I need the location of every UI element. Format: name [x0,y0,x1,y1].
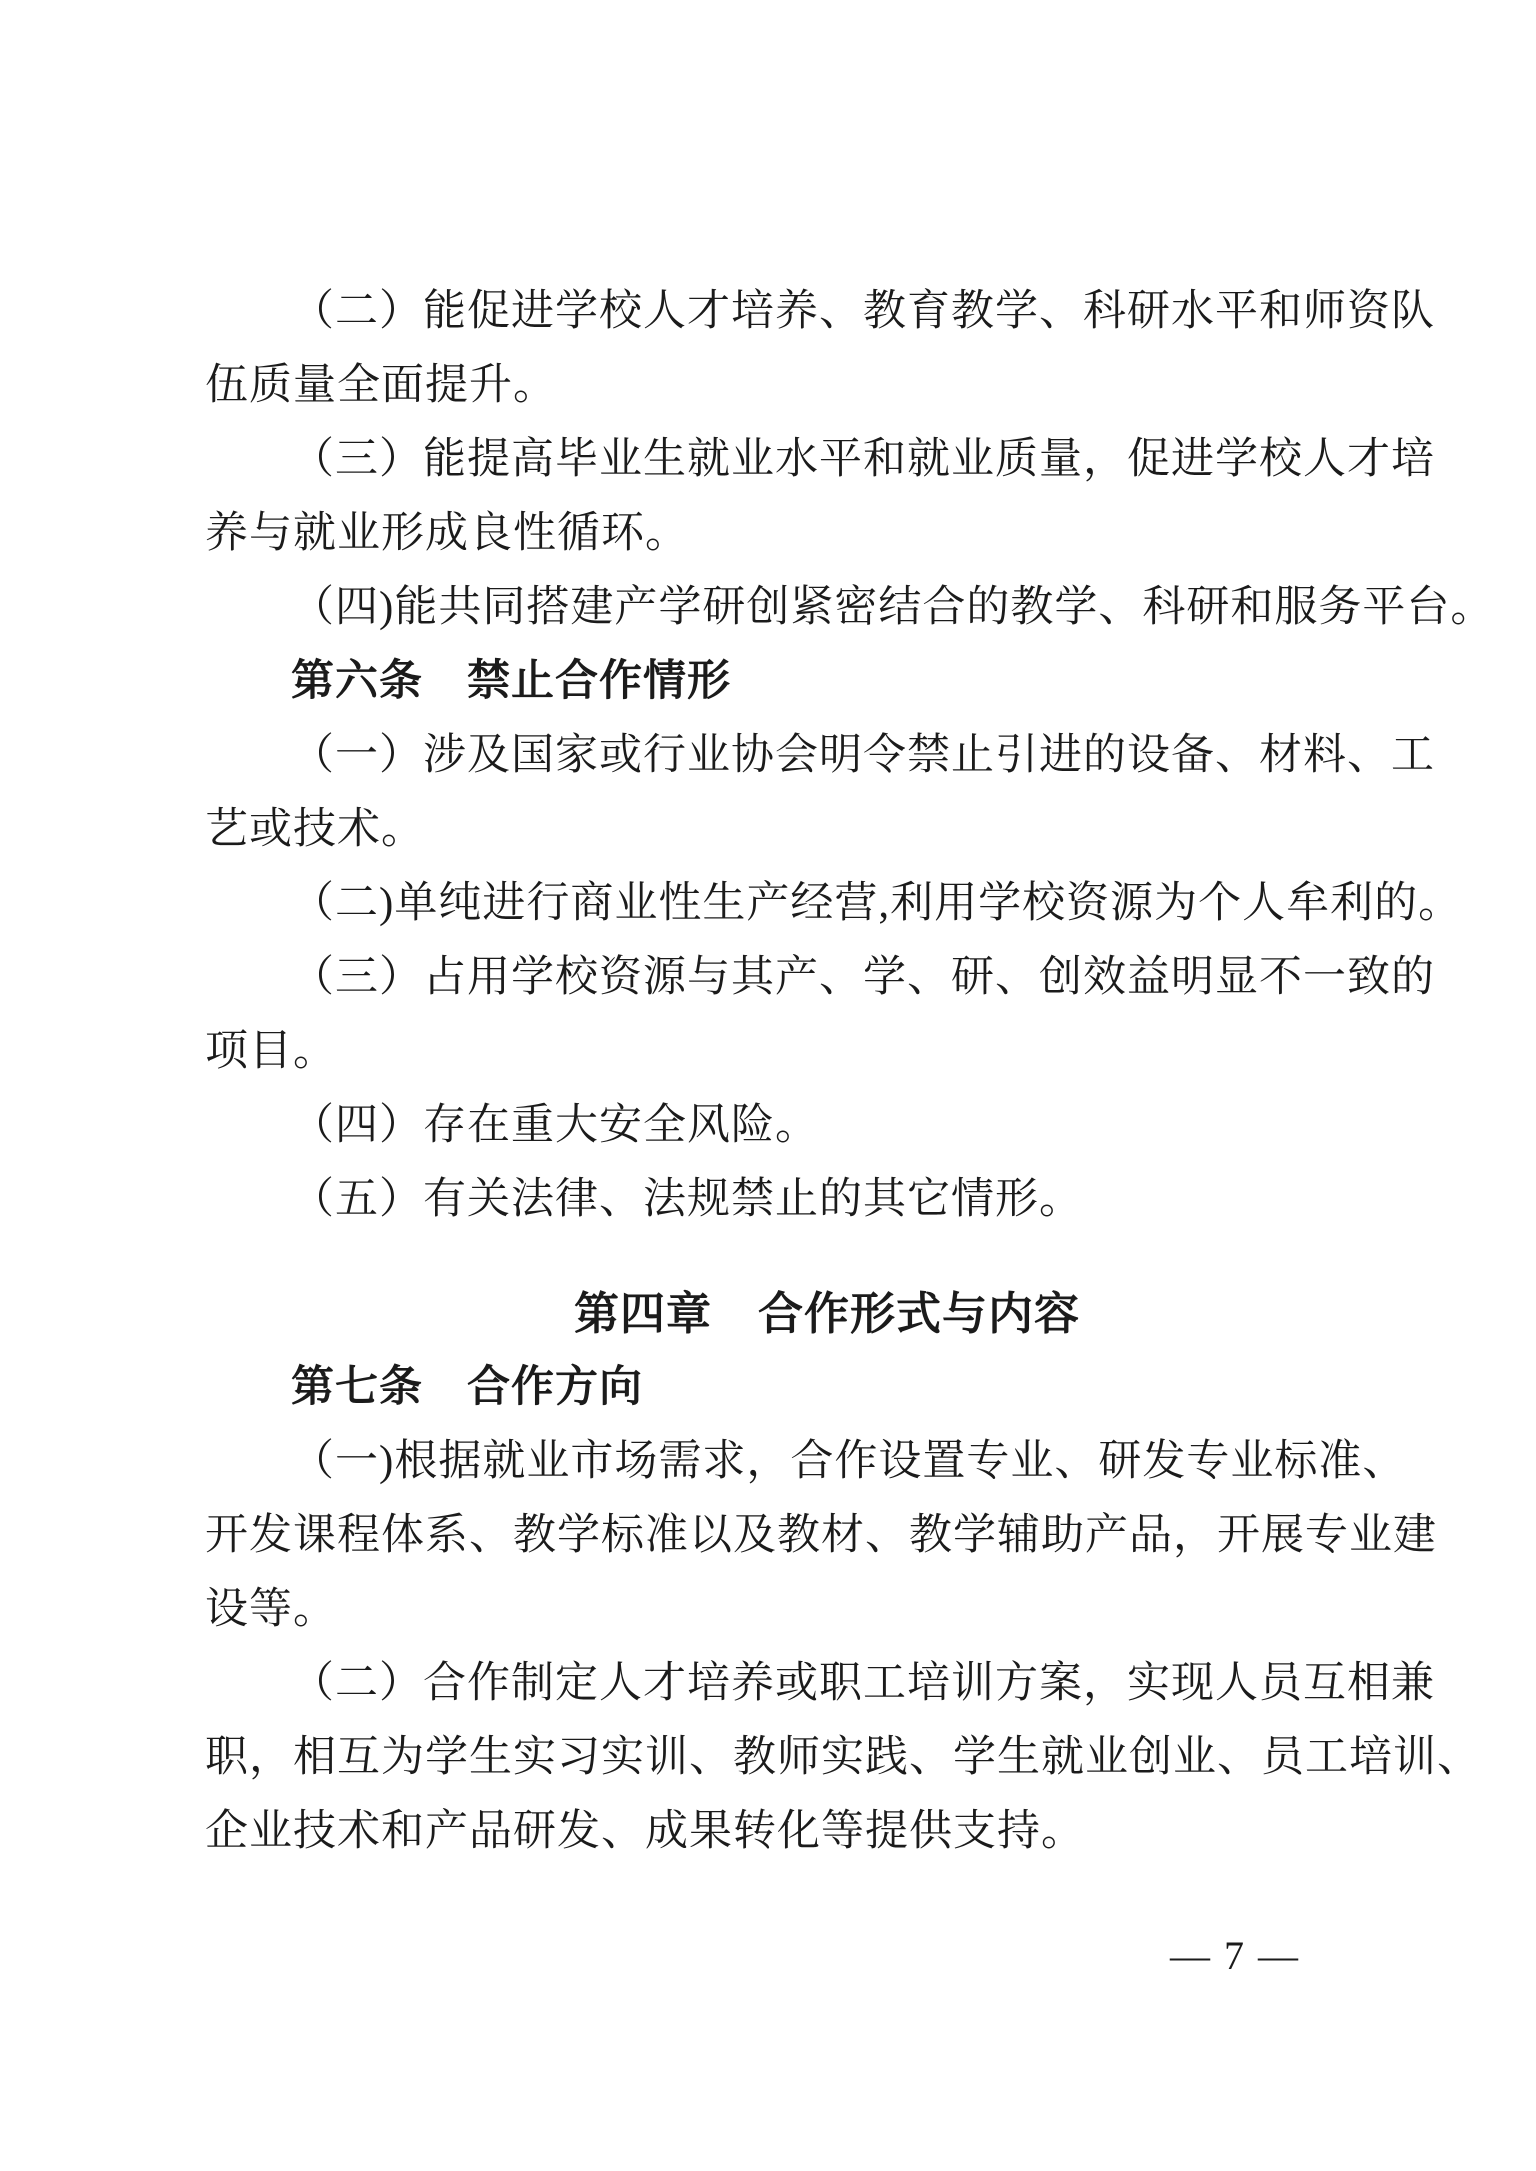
article-heading-6: 第六条 禁止合作情形 [205,645,1395,719]
chapter-heading-4: 第四章 合作形式与内容 [259,1277,1395,1351]
paragraph-line: （四)能共同搭建产学研创紧密结合的教学、科研和服务平台。 [205,571,1395,645]
paragraph-line: 职，相互为学生实习实训、教师实践、学生就业创业、员工培训、 [205,1721,1395,1795]
page-number: — 7 — [1170,1932,1300,1979]
paragraph-line: 设等。 [205,1573,1395,1647]
paragraph-line: 艺或技术。 [205,793,1395,867]
paragraph-line: （二)单纯进行商业性生产经营,利用学校资源为个人牟利的。 [205,867,1395,941]
paragraph-line: （四）存在重大安全风险。 [205,1089,1395,1163]
paragraph-line: （二）合作制定人才培养或职工培训方案，实现人员互相兼 [205,1647,1395,1721]
document-page: （二）能促进学校人才培养、教育教学、科研水平和师资队 伍质量全面提升。 （三）能… [0,0,1536,2171]
paragraph-line: （三）占用学校资源与其产、学、研、创效益明显不一致的 [205,941,1395,1015]
paragraph-line: （一)根据就业市场需求，合作设置专业、研发专业标准、 [205,1425,1395,1499]
paragraph-line: 开发课程体系、教学标准以及教材、教学辅助产品，开展专业建 [205,1499,1395,1573]
paragraph-line: （二）能促进学校人才培养、教育教学、科研水平和师资队 [205,275,1395,349]
paragraph-line: （一）涉及国家或行业协会明令禁止引进的设备、材料、工 [205,719,1395,793]
article-heading-7: 第七条 合作方向 [205,1351,1395,1425]
paragraph-line: 伍质量全面提升。 [205,349,1395,423]
paragraph-line: （三）能提高毕业生就业水平和就业质量，促进学校人才培 [205,423,1395,497]
paragraph-line: 项目。 [205,1015,1395,1089]
paragraph-line: 企业技术和产品研发、成果转化等提供支持。 [205,1795,1395,1869]
document-body: （二）能促进学校人才培养、教育教学、科研水平和师资队 伍质量全面提升。 （三）能… [205,275,1395,1869]
paragraph-line: （五）有关法律、法规禁止的其它情形。 [205,1163,1395,1237]
paragraph-line: 养与就业形成良性循环。 [205,497,1395,571]
